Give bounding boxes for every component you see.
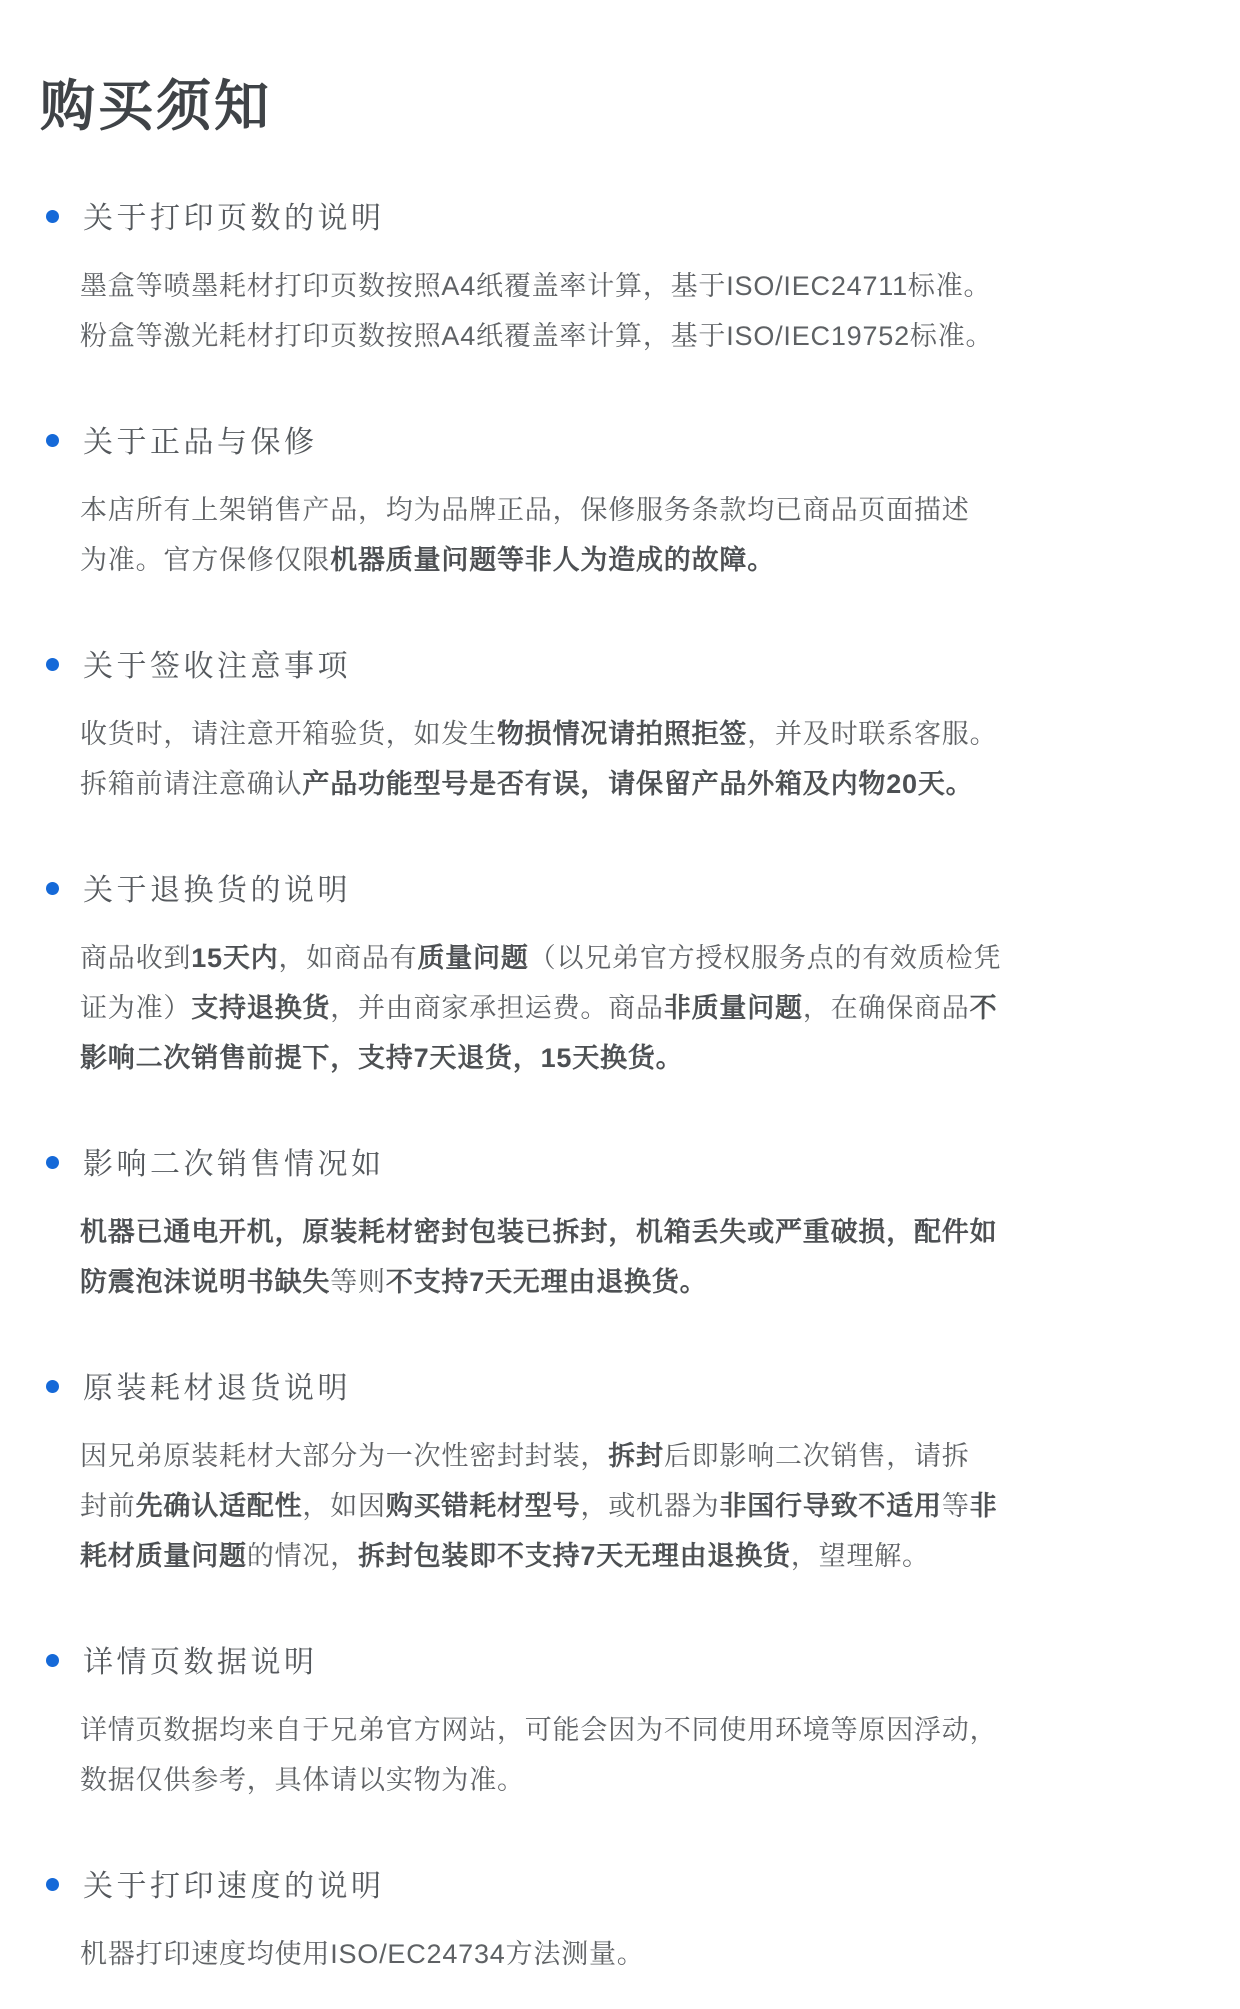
bold-text-run: 先确认适配性 xyxy=(136,1491,303,1521)
text-run: ，或机器为 xyxy=(580,1491,719,1521)
bold-text-run: 耗材质量问题 xyxy=(80,1541,247,1571)
bold-text-run: 非 xyxy=(970,1491,998,1521)
bold-text-run: 机器已通电开机，原装耗材密封包装已拆封，机箱丢失或严重破损，配件如 xyxy=(80,1217,997,1247)
notice-section: 影响二次销售情况如机器已通电开机，原装耗材密封包装已拆封，机箱丢失或严重破损，配… xyxy=(80,1139,1184,1307)
bullet-dot-icon xyxy=(46,658,59,671)
section-heading-row: 关于打印速度的说明 xyxy=(46,1861,1184,1905)
text-run: 证为准） xyxy=(80,993,191,1023)
text-run: 后即影响二次销售，请拆 xyxy=(664,1441,970,1471)
bold-text-run: 支持退换货 xyxy=(191,993,330,1023)
purchase-notice-page: 购买须知 关于打印页数的说明墨盒等喷墨耗材打印页数按照A4纸覆盖率计算，基于IS… xyxy=(0,0,1240,2009)
text-run: 的情况， xyxy=(247,1541,358,1571)
body-text-line: 本店所有上架销售产品，均为品牌正品，保修服务条款均已商品页面描述 xyxy=(80,485,1184,535)
bold-text-run: 非质量问题 xyxy=(664,993,803,1023)
notice-section: 关于签收注意事项收货时，请注意开箱验货，如发生物损情况请拍照拒签，并及时联系客服… xyxy=(80,641,1184,809)
bullet-dot-icon xyxy=(46,210,59,223)
section-heading-row: 关于打印页数的说明 xyxy=(46,193,1184,237)
section-heading: 关于打印速度的说明 xyxy=(83,1861,385,1905)
bullet-dot-icon xyxy=(46,1380,59,1393)
notice-section: 详情页数据说明详情页数据均来自于兄弟官方网站，可能会因为不同使用环境等原因浮动，… xyxy=(80,1637,1184,1805)
text-run: ，望理解。 xyxy=(791,1541,930,1571)
body-text-line: 收货时，请注意开箱验货，如发生物损情况请拍照拒签，并及时联系客服。 xyxy=(80,709,1184,759)
text-run: ，并及时联系客服。 xyxy=(747,719,997,749)
section-heading: 原装耗材退货说明 xyxy=(83,1363,351,1407)
notice-section: 原装耗材退货说明因兄弟原装耗材大部分为一次性密封封装，拆封后即影响二次销售，请拆… xyxy=(80,1363,1184,1581)
section-heading-row: 详情页数据说明 xyxy=(46,1637,1184,1681)
bold-text-run: 拆封 xyxy=(608,1441,664,1471)
notice-section: 关于打印页数的说明墨盒等喷墨耗材打印页数按照A4纸覆盖率计算，基于ISO/IEC… xyxy=(80,193,1184,361)
bullet-dot-icon xyxy=(46,1878,59,1891)
bold-text-run: 机器质量问题等非人为造成的故障。 xyxy=(330,545,775,575)
body-text-line: 因兄弟原装耗材大部分为一次性密封封装，拆封后即影响二次销售，请拆 xyxy=(80,1431,1184,1481)
text-run: 粉盒等激光耗材打印页数按照A4纸覆盖率计算，基于ISO/IEC19752标准。 xyxy=(80,321,993,351)
text-run: 详情页数据均来自于兄弟官方网站，可能会因为不同使用环境等原因浮动， xyxy=(80,1715,997,1745)
bold-text-run: 不支持7天无理由退换货。 xyxy=(386,1267,708,1297)
section-body: 机器已通电开机，原装耗材密封包装已拆封，机箱丢失或严重破损，配件如防震泡沫说明书… xyxy=(80,1207,1184,1307)
bullet-dot-icon xyxy=(46,434,59,447)
bullet-dot-icon xyxy=(46,1156,59,1169)
bold-text-run: 非国行导致不适用 xyxy=(719,1491,941,1521)
text-run: ，如商品有 xyxy=(278,943,417,973)
text-run: 本店所有上架销售产品，均为品牌正品，保修服务条款均已商品页面描述 xyxy=(80,495,970,525)
body-text-line: 防震泡沫说明书缺失等则不支持7天无理由退换货。 xyxy=(80,1257,1184,1307)
section-heading-row: 关于签收注意事项 xyxy=(46,641,1184,685)
notice-section-list: 关于打印页数的说明墨盒等喷墨耗材打印页数按照A4纸覆盖率计算，基于ISO/IEC… xyxy=(80,193,1184,1979)
body-text-line: 耗材质量问题的情况，拆封包装即不支持7天无理由退换货，望理解。 xyxy=(80,1531,1184,1581)
bullet-dot-icon xyxy=(46,882,59,895)
section-heading: 关于签收注意事项 xyxy=(83,641,351,685)
body-text-line: 为准。官方保修仅限机器质量问题等非人为造成的故障。 xyxy=(80,535,1184,585)
section-body: 本店所有上架销售产品，均为品牌正品，保修服务条款均已商品页面描述为准。官方保修仅… xyxy=(80,485,1184,585)
body-text-line: 数据仅供参考，具体请以实物为准。 xyxy=(80,1755,1184,1805)
text-run: （以兄弟官方授权服务点的有效质检凭 xyxy=(529,943,1002,973)
section-heading: 关于退换货的说明 xyxy=(83,865,351,909)
body-text-line: 机器打印速度均使用ISO/EC24734方法测量。 xyxy=(80,1929,1184,1979)
body-text-line: 证为准）支持退换货，并由商家承担运费。商品非质量问题，在确保商品不 xyxy=(80,983,1184,1033)
section-body: 墨盒等喷墨耗材打印页数按照A4纸覆盖率计算，基于ISO/IEC24711标准。粉… xyxy=(80,261,1184,361)
text-run: 机器打印速度均使用ISO/EC24734方法测量。 xyxy=(80,1939,645,1969)
section-heading: 关于打印页数的说明 xyxy=(83,193,385,237)
body-text-line: 详情页数据均来自于兄弟官方网站，可能会因为不同使用环境等原因浮动， xyxy=(80,1705,1184,1755)
text-run: 等则 xyxy=(330,1267,386,1297)
text-run: 数据仅供参考，具体请以实物为准。 xyxy=(80,1765,525,1795)
section-body: 机器打印速度均使用ISO/EC24734方法测量。 xyxy=(80,1929,1184,1979)
section-body: 商品收到15天内，如商品有质量问题（以兄弟官方授权服务点的有效质检凭证为准）支持… xyxy=(80,933,1184,1083)
body-text-line: 拆箱前请注意确认产品功能型号是否有误，请保留产品外箱及内物20天。 xyxy=(80,759,1184,809)
body-text-line: 墨盒等喷墨耗材打印页数按照A4纸覆盖率计算，基于ISO/IEC24711标准。 xyxy=(80,261,1184,311)
section-heading-row: 关于正品与保修 xyxy=(46,417,1184,461)
bullet-dot-icon xyxy=(46,1654,59,1667)
section-heading: 关于正品与保修 xyxy=(83,417,318,461)
section-body: 收货时，请注意开箱验货，如发生物损情况请拍照拒签，并及时联系客服。拆箱前请注意确… xyxy=(80,709,1184,809)
bold-text-run: 产品功能型号是否有误，请保留产品外箱及内物20天。 xyxy=(302,769,973,799)
body-text-line: 机器已通电开机，原装耗材密封包装已拆封，机箱丢失或严重破损，配件如 xyxy=(80,1207,1184,1257)
text-run: 因兄弟原装耗材大部分为一次性密封封装， xyxy=(80,1441,608,1471)
body-text-line: 封前先确认适配性，如因购买错耗材型号，或机器为非国行导致不适用等非 xyxy=(80,1481,1184,1531)
body-text-line: 商品收到15天内，如商品有质量问题（以兄弟官方授权服务点的有效质检凭 xyxy=(80,933,1184,983)
body-text-line: 粉盒等激光耗材打印页数按照A4纸覆盖率计算，基于ISO/IEC19752标准。 xyxy=(80,311,1184,361)
section-heading-row: 关于退换货的说明 xyxy=(46,865,1184,909)
bold-text-run: 拆封包装即不支持7天无理由退换货 xyxy=(358,1541,791,1571)
text-run: 墨盒等喷墨耗材打印页数按照A4纸覆盖率计算，基于ISO/IEC24711标准。 xyxy=(80,271,991,301)
text-run: ，并由商家承担运费。商品 xyxy=(330,993,664,1023)
bold-text-run: 购买错耗材型号 xyxy=(386,1491,581,1521)
notice-section: 关于打印速度的说明机器打印速度均使用ISO/EC24734方法测量。 xyxy=(80,1861,1184,1979)
bold-text-run: 不 xyxy=(970,993,998,1023)
text-run: 为准。官方保修仅限 xyxy=(80,545,330,575)
section-heading-row: 原装耗材退货说明 xyxy=(46,1363,1184,1407)
bold-text-run: 质量问题 xyxy=(417,943,528,973)
page-title: 购买须知 xyxy=(40,62,1184,141)
bold-text-run: 物损情况请拍照拒签 xyxy=(497,719,747,749)
text-run: 商品收到 xyxy=(80,943,191,973)
bold-text-run: 影响二次销售前提下，支持7天退货，15天换货。 xyxy=(80,1043,683,1073)
text-run: 封前 xyxy=(80,1491,136,1521)
section-heading-row: 影响二次销售情况如 xyxy=(46,1139,1184,1183)
notice-section: 关于正品与保修本店所有上架销售产品，均为品牌正品，保修服务条款均已商品页面描述为… xyxy=(80,417,1184,585)
text-run: 收货时，请注意开箱验货，如发生 xyxy=(80,719,497,749)
bold-text-run: 15天内 xyxy=(191,943,278,973)
text-run: 拆箱前请注意确认 xyxy=(80,769,302,799)
text-run: ，在确保商品 xyxy=(803,993,970,1023)
bold-text-run: 防震泡沫说明书缺失 xyxy=(80,1267,330,1297)
section-body: 因兄弟原装耗材大部分为一次性密封封装，拆封后即影响二次销售，请拆封前先确认适配性… xyxy=(80,1431,1184,1581)
text-run: 等 xyxy=(942,1491,970,1521)
text-run: ，如因 xyxy=(302,1491,385,1521)
section-body: 详情页数据均来自于兄弟官方网站，可能会因为不同使用环境等原因浮动，数据仅供参考，… xyxy=(80,1705,1184,1805)
notice-section: 关于退换货的说明商品收到15天内，如商品有质量问题（以兄弟官方授权服务点的有效质… xyxy=(80,865,1184,1083)
body-text-line: 影响二次销售前提下，支持7天退货，15天换货。 xyxy=(80,1033,1184,1083)
section-heading: 影响二次销售情况如 xyxy=(83,1139,385,1183)
section-heading: 详情页数据说明 xyxy=(83,1637,318,1681)
